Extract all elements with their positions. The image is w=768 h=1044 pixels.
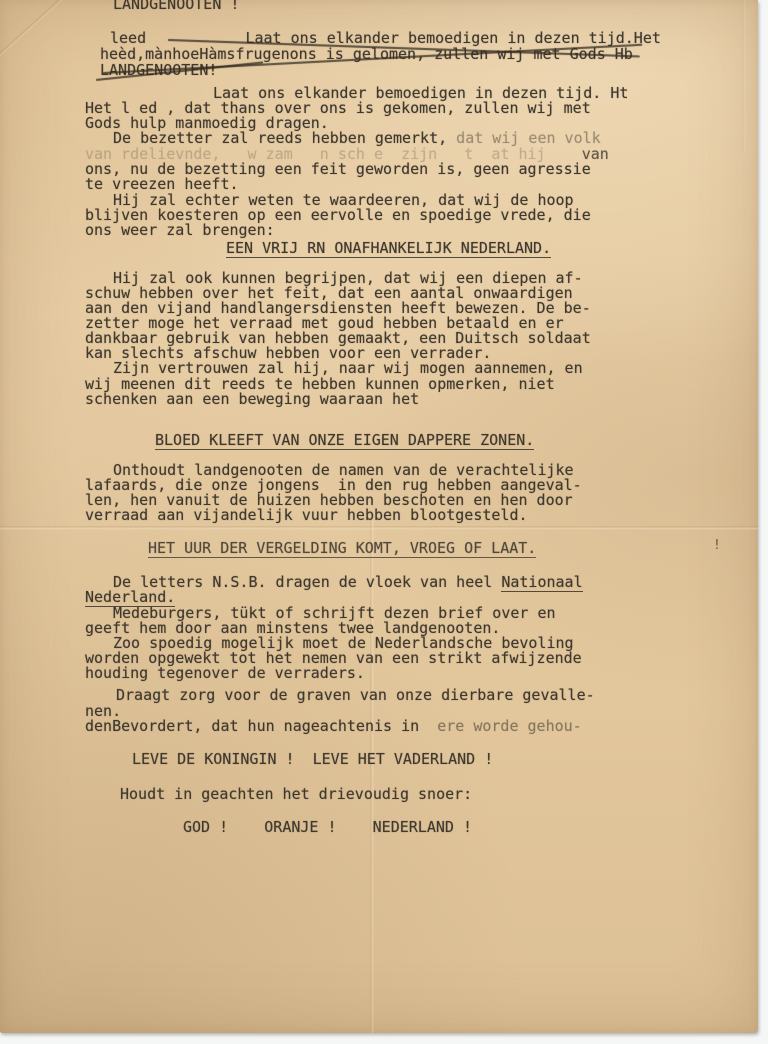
text-line: Draagt zorg voor de graven van onze dier… xyxy=(116,688,595,703)
text-line: ons weer zal brengen: xyxy=(85,223,275,238)
fold-crease-horizontal xyxy=(0,526,758,530)
text-line: Houdt in geachten het drievoudig snoer: xyxy=(120,787,472,802)
fold-crease-corner xyxy=(0,0,64,63)
exclamation-margin-mark: ! xyxy=(713,538,721,553)
text-line: HET UUR DER VERGELDING KOMT, VROEG OF LA… xyxy=(148,541,536,558)
text-line: Zijn vertrouwen zal hij, naar wij mogen … xyxy=(113,361,583,376)
text-line: GOD ! ORANJE ! NEDERLAND ! xyxy=(183,820,472,835)
pamphlet-page: LANDGENOOTEN !leed Laat ons elkander bem… xyxy=(0,0,758,1033)
text-line: De bezetter zal reeds hebben gemerkt, da… xyxy=(113,131,601,146)
text-line: EEN VRIJ RN ONAFHANKELIJK NEDERLAND. xyxy=(226,241,551,258)
text-line: De letters N.S.B. dragen de vloek van he… xyxy=(113,575,583,592)
text-line: houding tegenover de verraders. xyxy=(85,666,365,681)
text-line: schenken aan een beweging waaraan het xyxy=(85,392,419,407)
fold-crease-vertical-bottom xyxy=(370,520,374,1033)
fold-crease-vertical-top-right xyxy=(742,0,746,150)
text-line: leed Laat ons elkander bemoedigen in dez… xyxy=(110,31,661,46)
text-line: LANDGENOOTEN ! xyxy=(113,0,239,12)
text-line: LEVE DE KONINGIN ! LEVE HET VADERLAND ! xyxy=(132,752,493,767)
text-line: verraad aan vijandelijk vuur hebben bloo… xyxy=(85,508,528,523)
scan-background: { "colors": { "paper": "#e3c79e", "paper… xyxy=(0,0,768,1044)
text-line: BLOED KLEEFT VAN ONZE EIGEN DAPPERE ZONE… xyxy=(155,433,534,450)
text-line: denBevordert, dat hun nageachtenis in er… xyxy=(85,719,582,734)
text-line: te vreezen heeft. xyxy=(85,177,239,192)
